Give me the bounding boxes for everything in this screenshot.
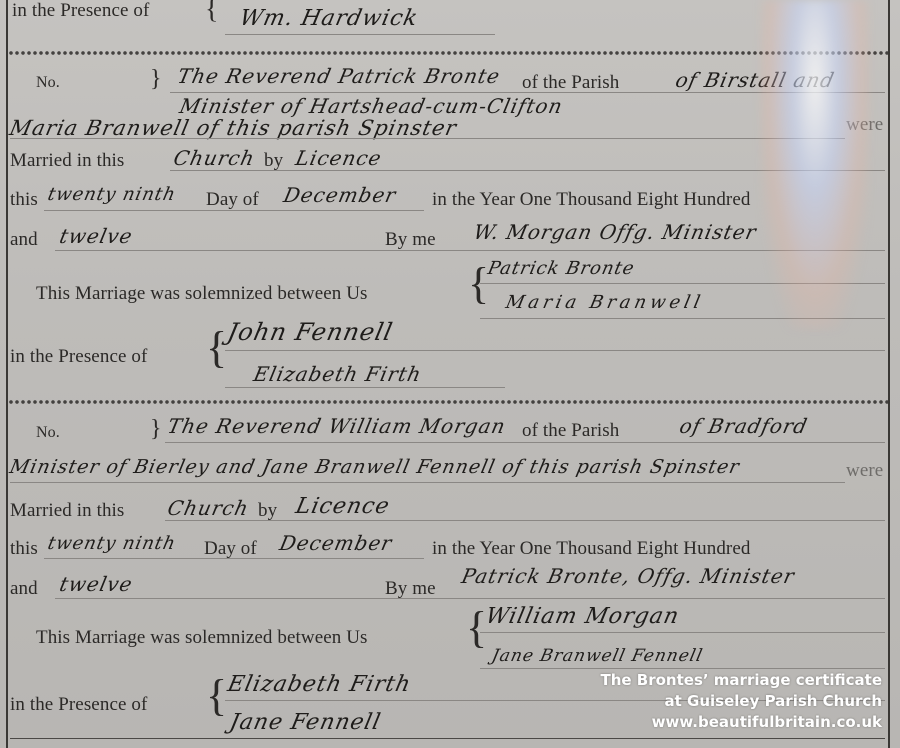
light-glare — [760, 0, 870, 330]
entry1-day-of-label: Day of — [206, 189, 259, 211]
entry1-place: Church — [171, 146, 257, 170]
photo-caption: The Brontes’ marriage certificate at Gui… — [600, 670, 882, 733]
entry2-and-label: and — [10, 578, 38, 600]
caption-website: www.beautifulbritain.co.uk — [600, 712, 882, 733]
entry-divider — [8, 398, 888, 406]
entry1-and-label: and — [10, 229, 38, 251]
entry1-number-label: No. — [36, 74, 60, 92]
entry1-signature-bride: Maria Branwell — [504, 292, 706, 313]
entry1-day: twenty ninth — [46, 184, 178, 205]
form-line — [10, 482, 845, 483]
caption-location: at Guiseley Parish Church — [600, 691, 882, 712]
entry2-month: December — [277, 531, 394, 555]
entry1-groom: The Reverend Patrick Bronte — [175, 64, 502, 88]
entry2-parish-label: of the Parish — [522, 420, 619, 442]
entry1-year-label: in the Year One Thousand Eight Hundred — [432, 189, 751, 211]
entry1-month: December — [281, 183, 398, 207]
entry2-by-me-label: By me — [385, 578, 436, 600]
entry2-day: twenty ninth — [46, 533, 178, 554]
signature-line — [480, 632, 885, 633]
entry2-groom: The Reverend William Morgan — [165, 414, 508, 438]
form-line — [55, 598, 885, 599]
form-line — [44, 558, 424, 559]
entry2-signature-groom: William Morgan — [483, 604, 681, 629]
form-line — [165, 520, 885, 521]
signature-line — [225, 34, 495, 35]
entry2-this-label: this — [10, 538, 38, 560]
entry2-witness1: Elizabeth Firth — [225, 672, 413, 697]
caption-title: The Brontes’ marriage certificate — [600, 670, 882, 691]
entry1-witness2: Elizabeth Firth — [251, 362, 424, 386]
signature-line — [225, 350, 885, 351]
register-page: in the Presence of { Wm. Hardwick No. } … — [0, 0, 900, 748]
entry2-married-label: Married in this — [10, 500, 124, 522]
brace: { — [468, 262, 489, 306]
entry1-married-label: Married in this — [10, 150, 124, 172]
prev-presence-label: in the Presence of — [12, 0, 149, 22]
entry1-groom-occupation: Minister of Hartshead-cum-Clifton — [177, 94, 565, 118]
entry2-place: Church — [165, 496, 251, 520]
entry1-by-me-label: By me — [385, 229, 436, 251]
entry1-signature-groom: Patrick Bronte — [486, 258, 637, 279]
brace: } — [150, 416, 162, 443]
entry2-witness2: Jane Fennell — [227, 710, 383, 735]
page-border-right — [888, 0, 890, 748]
prev-witness-signature: Wm. Hardwick — [237, 6, 420, 31]
entry2-day-of-label: Day of — [204, 538, 257, 560]
entry-divider — [8, 49, 888, 57]
form-line — [165, 442, 885, 443]
entry1-bride: Maria Branwell of this parish Spinster — [7, 116, 459, 140]
entry2-presence-label: in the Presence of — [10, 694, 147, 716]
entry2-year-label: in the Year One Thousand Eight Hundred — [432, 538, 751, 560]
entry2-by-label: by — [258, 500, 277, 522]
form-line — [44, 210, 424, 211]
entry2-signature-bride: Jane Branwell Fennell — [490, 646, 705, 666]
entry2-number-label: No. — [36, 424, 60, 442]
entry2-solemnized-label: This Marriage was solemnized between Us — [36, 627, 368, 649]
entry1-method: Licence — [293, 146, 384, 170]
entry2-year-suffix: twelve — [57, 572, 135, 596]
entry2-were-label: were — [846, 460, 883, 482]
entry1-solemnized-label: This Marriage was solemnized between Us — [36, 283, 368, 305]
entry1-parish-label: of the Parish — [522, 72, 619, 94]
entry1-this-label: this — [10, 189, 38, 211]
signature-line — [10, 738, 885, 739]
entry1-by-label: by — [264, 150, 283, 172]
entry2-officiant: Patrick Bronte, Offg. Minister — [459, 564, 797, 588]
entry1-witness1: John Fennell — [225, 318, 396, 346]
signature-line — [480, 668, 885, 669]
entry2-groom-parish: of Bradford — [677, 414, 810, 438]
brace: } — [150, 66, 162, 93]
entry1-presence-label: in the Presence of — [10, 346, 147, 368]
signature-line — [225, 387, 505, 388]
brace: { — [206, 674, 227, 718]
form-line — [10, 138, 845, 139]
entry2-method: Licence — [293, 494, 392, 519]
page-border-left — [6, 0, 8, 748]
entry1-year-suffix: twelve — [57, 224, 135, 248]
brace: { — [206, 326, 227, 370]
entry1-officiant: W. Morgan Offg. Minister — [471, 220, 758, 244]
brace: { — [205, 0, 218, 24]
entry2-groom-occupation: Minister of Bierley and Jane Branwell Fe… — [8, 456, 742, 478]
